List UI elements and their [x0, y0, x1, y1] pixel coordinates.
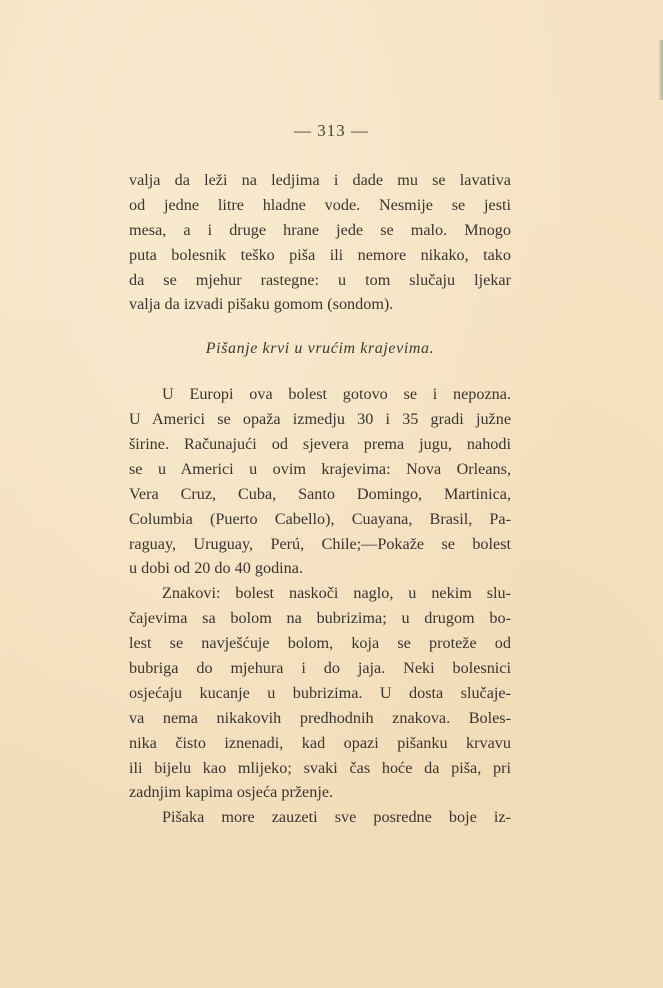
text-line: Columbia (Puerto Cabello), Cuayana, Bras… — [129, 507, 511, 532]
paragraph-symptoms: Znakovi: bolest naskoči naglo, u nekim s… — [129, 581, 511, 805]
text-line: osjećaju kucanje u bubrizima. U dosta sl… — [129, 681, 511, 706]
text-line: va nema nikakovih predhodnih znakova. Bo… — [129, 706, 511, 731]
text-line: valja da izvadi pišaku gomom (sondom). — [129, 292, 511, 317]
text-line: lest se navješćuje bolom, koja se protež… — [129, 631, 511, 656]
text-line: širine. Računajući od sjevera prema jugu… — [129, 432, 511, 457]
text-line: U Americi se opaža izmedju 30 i 35 gradi… — [129, 407, 511, 432]
text-line: valja da leži na ledjima i dade mu se la… — [129, 168, 511, 193]
text-line: puta bolesnik teško piša ili nemore nika… — [129, 243, 511, 268]
text-line: da se mjehur rastegne: u tom slučaju lje… — [129, 268, 511, 293]
text-line: zadnjim kapima osjeća prženje. — [129, 780, 511, 805]
text-line: U Europi ova bolest gotovo se i nepozna. — [129, 382, 511, 407]
text-line: raguay, Uruguay, Perú, Chile;—Pokaže se … — [129, 532, 511, 557]
page-edge-shadow — [658, 40, 663, 100]
text-line: od jedne litre hladne vode. Nesmije se j… — [129, 193, 511, 218]
text-line: Znakovi: bolest naskoči naglo, u nekim s… — [129, 581, 511, 606]
paragraph-europe-america: U Europi ova bolest gotovo se i nepozna.… — [129, 382, 511, 581]
text-line: mesa, a i druge hrane jede se malo. Mnog… — [129, 218, 511, 243]
book-page: — 313 — valja da leži na ledjima i dade … — [0, 0, 663, 988]
text-line: u dobi od 20 do 40 godina. — [129, 556, 511, 581]
text-line: čajevima sa bolom na bubrizima; u drugom… — [129, 606, 511, 631]
text-line: nika čisto iznenadi, kad opazi pišanku k… — [129, 731, 511, 756]
text-line: Pišaka more zauzeti sve posredne boje iz… — [129, 805, 511, 830]
page-body: valja da leži na ledjima i dade mu se la… — [129, 168, 511, 830]
text-line: Vera Cruz, Cuba, Santo Domingo, Martinic… — [129, 482, 511, 507]
paragraph-urine-colors: Pišaka more zauzeti sve posredne boje iz… — [129, 805, 511, 830]
text-line: se u Americi u ovim krajevima: Nova Orle… — [129, 457, 511, 482]
section-heading: Pišanje krvi u vrućim krajevima. — [129, 337, 511, 362]
page-number: — 313 — — [0, 121, 663, 141]
text-line: bubriga do mjehura i do jaja. Neki boles… — [129, 656, 511, 681]
paragraph-continuation: valja da leži na ledjima i dade mu se la… — [129, 168, 511, 317]
text-line: ili bijelu kao mlijeko; svaki čas hoće d… — [129, 756, 511, 781]
